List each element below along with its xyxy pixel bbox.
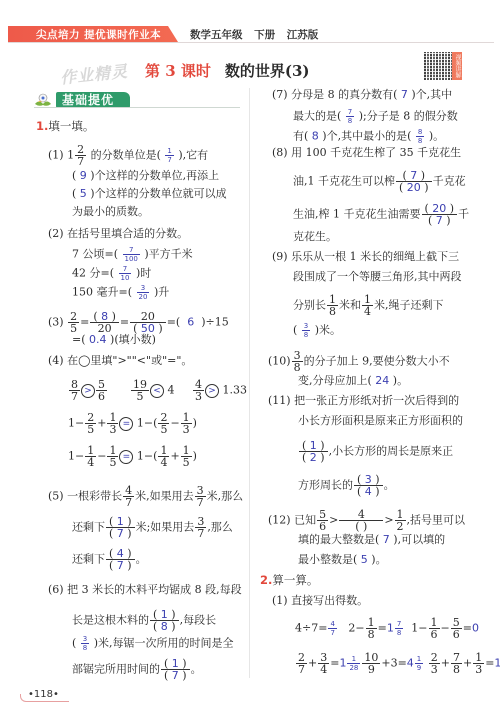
text: 米,绳子还剩下 [374, 299, 444, 312]
part-label: (1) [48, 149, 64, 162]
text: ,那么 [207, 521, 233, 534]
part-label: (2) [48, 227, 64, 240]
q1-p5-line1: (5) 一根彩带长47米,如果用去37米,那么 [48, 485, 243, 508]
section-label: 基础提优 [56, 92, 130, 108]
fraction-with-blank: 20( 50 ) [130, 311, 166, 334]
q1-p9-line3: 分别长18米和14米,绳子还剩下 [293, 294, 444, 317]
answer-fraction[interactable]: 78 [395, 620, 403, 637]
q1-p4-title: (4) 在◯里填">""<"或"="。 [48, 354, 192, 368]
part-label: (1) [272, 594, 288, 607]
text: 油,1 千克花生可以榨 [293, 175, 395, 188]
text: ,括号里可以 [407, 514, 466, 527]
answer-blank[interactable]: 0 [472, 622, 479, 635]
text: 用 100 千克花生榨了 35 千克花生 [291, 146, 461, 159]
fraction: 56 [96, 379, 107, 402]
part-label: (4) [48, 354, 64, 367]
q1-p4-row3: 1−14−15= 1−(14+15) [68, 445, 197, 468]
text: 直接写出得数。 [291, 594, 368, 607]
text: 长是这根木料的 [72, 614, 149, 627]
lesson-title: 第 3 课时数的世界(3) [145, 60, 310, 81]
q1-p12-line2: 填的最大整数是( 7 ),可以填的 [298, 533, 445, 547]
q1-p1-line3: ( 5 )个这样的分数单位就可以成 [72, 187, 227, 201]
part-label: (5) [48, 490, 64, 503]
answer-whole[interactable]: 4 [407, 657, 414, 670]
q1-p5-line3: 还剩下( 4 )( 7 )。 [72, 548, 147, 571]
q1-p7-line2: 最大的是( 78 );分子是 8 的假分数 [293, 108, 458, 125]
q2-p1-title: (1) 直接写出得数。 [272, 594, 368, 608]
fraction: 43 [193, 379, 204, 402]
answer-fraction[interactable]: 17 [165, 147, 173, 164]
text: 。 [191, 663, 202, 676]
q1-p7-line1: (7) 分母是 8 的真分数有( 7 )个,其中 [272, 88, 452, 102]
question-title: 填一填。 [48, 119, 94, 133]
text: 最大的是( [293, 110, 341, 123]
q1-p6-line3: ( 38 )米,每锯一次所用的时间是全 [72, 635, 234, 652]
page-number: •118• [28, 689, 59, 700]
answer-fraction[interactable]: ( 1 )( 8 ) [150, 609, 179, 632]
book-info: 数学五年级 下册 江苏版 [190, 27, 318, 42]
text: 变,分母应加上( [298, 374, 372, 387]
text: 。 [384, 479, 395, 492]
answer-fraction[interactable]: ( 1 )( 2 ) [299, 440, 328, 463]
answer-fraction[interactable]: ( 3 )( 4 ) [354, 474, 383, 497]
q1-p4-row2: 1−25+13= 1−(25−13) [68, 412, 197, 435]
text: )个这样的分数单位就可以成 [90, 187, 226, 200]
text: 分别长 [293, 299, 326, 312]
fraction: 87 [69, 379, 80, 402]
text: )个这样的分数单位,再添上 [90, 169, 219, 182]
part-label: (12) [268, 514, 291, 527]
text: )。 [371, 553, 386, 566]
text: ,小长方形的周长是原来正 [329, 445, 454, 458]
sprout-icon [34, 92, 52, 108]
text: 米,那么 [207, 490, 244, 503]
answer-whole[interactable]: 1 [494, 657, 500, 670]
q1-p9-line4: ( 38 )米。 [293, 322, 341, 339]
text: )个,其中 [411, 88, 452, 101]
answer-fraction[interactable]: ( 20 )( 7 ) [422, 203, 458, 226]
answer-fraction[interactable]: 710 [119, 265, 132, 282]
answer-fraction[interactable]: ( 4 )( 7 ) [106, 548, 135, 571]
compare-circle[interactable]: = [119, 417, 133, 431]
q1-p8-line2: 油,1 千克花生可以榨( 7 )( 20 )千克花 [293, 170, 466, 193]
answer-blank[interactable]: 7 [401, 88, 408, 101]
text: 把 3 米长的木料平均锯成 8 段,每段 [67, 583, 241, 596]
answer-fraction[interactable]: ( 7 )( 20 ) [396, 170, 432, 193]
header-bar: 尖点培力 提优课时作业本 数学五年级 下册 江苏版 [8, 26, 494, 43]
text: 米;如果用去 [136, 521, 195, 534]
text: 最小整数是( [298, 553, 357, 566]
question-number: 2. [260, 573, 272, 587]
q1-p4-row1-c3: 43> 1.33 [192, 379, 247, 402]
q1-p6-line4: 部锯完所用时间的( 1 )( 7 )。 [72, 658, 202, 681]
q1-p9-line1: (9) 乐乐从一根 1 米长的细绳上截下三 [272, 250, 459, 264]
answer-fraction[interactable]: 7100 [123, 246, 140, 263]
text: 一根彩带长 [67, 490, 122, 503]
text: 把一张正方形纸对折一次后得到的 [294, 394, 459, 407]
answer-blank[interactable]: 0.4 [89, 333, 107, 346]
section-underline [34, 107, 240, 108]
text: ),可以填的 [393, 533, 445, 546]
q1-p3-equation: (3) 25=( 8 )20=20( 50 )=( 6 )÷15 [48, 311, 229, 334]
part-label: (10) [268, 355, 291, 368]
text: )时 [136, 267, 151, 280]
text: 已知 [294, 514, 316, 527]
q1-p11-line2: 小长方形面积是原来正方形面积的 [298, 414, 463, 428]
q1-p1-line1: (1) 127 的分数单位是( 17 ),它有 [48, 144, 208, 167]
answer-fraction[interactable]: ( 1 )( 7 ) [161, 658, 190, 681]
q1-p9-line2: 段围成了一个等腰三角形,其中两段 [293, 270, 462, 284]
brand-title: 尖点培力 提优课时作业本 [36, 27, 161, 42]
text: )升 [154, 286, 169, 299]
qr-code-icon[interactable] [424, 52, 452, 80]
answer-blank[interactable]: 8 [312, 130, 319, 143]
answer-blank[interactable]: 9 [80, 169, 87, 182]
paren: ( [72, 169, 76, 182]
question-1-heading: 1.填一填。 [36, 119, 94, 133]
answer-blank[interactable]: 5 [80, 187, 87, 200]
fraction: 25 [68, 311, 79, 334]
q1-p3-decimal: =( 0.4 )(填小数) [72, 333, 156, 347]
text: 填的最大整数是( [298, 533, 379, 546]
part-label: (7) [272, 88, 288, 101]
answer-fraction[interactable]: 128 [347, 655, 360, 672]
text: 还剩下 [72, 553, 105, 566]
q1-p11-line4: 方形周长的( 3 )( 4 )。 [298, 474, 395, 497]
q1-p2-row3: 150 毫升=( 320 )升 [72, 284, 169, 301]
answer-blank[interactable]: 24 [375, 374, 389, 387]
text: )。 [393, 374, 408, 387]
lesson-number: 第 3 课时 [145, 62, 211, 80]
text: 7 公顷=( [72, 248, 118, 261]
q1-p12-line1: (12) 已知56>4( )>12,括号里可以 [268, 509, 465, 532]
answer-fraction[interactable]: 88 [416, 128, 424, 145]
text: 千 [458, 208, 469, 221]
q1-p6-line2: 长是这根木料的( 1 )( 8 ),每段长 [72, 609, 216, 632]
part-label: (3) [48, 316, 64, 329]
q1-p12-line3: 最小整数是( 5 )。 [298, 553, 387, 567]
fraction-with-blank: ( 8 )20 [90, 311, 119, 334]
answer-whole[interactable]: 1 [387, 622, 394, 635]
q1-p1-line4: 为最小的质数。 [72, 205, 149, 219]
text: 。 [136, 553, 147, 566]
q2-row2: 27+34=1128109+3=419 23+78+13=178 [295, 652, 500, 675]
qr-tag: 视频讲解 [452, 52, 462, 80]
answer-fraction[interactable]: 19 [415, 655, 423, 672]
column-divider [249, 88, 250, 678]
text: ),它有 [178, 149, 208, 162]
text: 150 毫升=( [72, 286, 132, 299]
part-label: (8) [272, 146, 288, 159]
q1-p10-line1: (10)38的分子加上 9,要使分数大小不 [268, 350, 450, 373]
answer-blank[interactable]: 6 [187, 316, 194, 329]
text: 生油,榨 1 千克花生油需要 [293, 208, 421, 221]
text: 42 分=( [72, 267, 114, 280]
q1-p5-line2: 还剩下( 1 )( 7 )米;如果用去37,那么 [72, 516, 233, 539]
q1-p4-row1: 87>56 [68, 379, 108, 402]
text: 在括号里填合适的分数。 [67, 227, 188, 240]
answer-fraction[interactable]: 320 [137, 284, 150, 301]
text: (填小数) [114, 333, 156, 346]
part-label: (11) [268, 394, 291, 407]
q1-p2-row1: 7 公顷=( 7100 )平方千米 [72, 246, 193, 263]
text: 米,如果用去 [135, 490, 194, 503]
q1-p8-line3: 生油,榨 1 千克花生油需要( 20 )( 7 )千 [293, 203, 469, 226]
question-title: 算一算。 [272, 573, 318, 587]
text: 的分数单位是( [91, 149, 161, 162]
q1-p2-title: (2) 在括号里填合适的分数。 [48, 227, 188, 241]
watermark: 作业精灵 [59, 59, 129, 89]
text: 分母是 8 的真分数有( [291, 88, 397, 101]
text: 米和 [339, 299, 361, 312]
text: );分子是 8 的假分数 [359, 110, 458, 123]
paren: ( [72, 187, 76, 200]
mixed-whole: 1 [67, 149, 74, 162]
text: 还剩下 [72, 521, 105, 534]
q1-p8-line4: 克花生。 [293, 230, 337, 244]
answer-fraction[interactable]: 38 [81, 635, 89, 652]
text: 的分子加上 9,要使分数大小不 [304, 355, 450, 368]
answer-fraction[interactable]: ( 1 )( 7 ) [106, 516, 135, 539]
text: 在◯里填">""<"或"="。 [67, 354, 192, 367]
q1-p2-row2: 42 分=( 710 )时 [72, 265, 151, 282]
answer-fraction[interactable]: 78 [346, 108, 354, 125]
text: 千克花 [433, 175, 466, 188]
q1-p11-line1: (11) 把一张正方形纸对折一次后得到的 [268, 394, 459, 408]
compare-circle[interactable]: > [205, 384, 219, 398]
text: ,每段长 [180, 614, 217, 627]
q1-p4-row1-c2: 195< 4 [130, 379, 175, 402]
question-2-heading: 2.算一算。 [260, 573, 318, 587]
q1-p8-line1: (8) 用 100 千克花生榨了 35 千克花生 [272, 146, 461, 160]
q1-p10-line2: 变,分母应加上( 24 )。 [298, 374, 408, 388]
question-number: 1. [36, 119, 48, 133]
compare-circle[interactable]: < [150, 384, 164, 398]
text: 方形周长的 [298, 479, 353, 492]
part-label: (6) [48, 583, 64, 596]
text: )平方千米 [144, 248, 192, 261]
q1-p1-line2: ( 9 )个这样的分数单位,再添上 [72, 169, 219, 183]
answer-fraction[interactable]: 38 [302, 322, 310, 339]
fraction: 195 [131, 379, 149, 402]
text: )米。 [315, 324, 341, 337]
answer-blank[interactable]: 5 [361, 553, 368, 566]
compare-circle[interactable]: > [81, 384, 95, 398]
q1-p11-line3: ( 1 )( 2 ),小长方形的周长是原来正 [298, 440, 453, 463]
fraction: 27 [75, 144, 86, 167]
lesson-name: 数的世界(3) [225, 62, 310, 80]
text: ÷15 [206, 316, 229, 329]
compare-circle[interactable]: = [119, 450, 133, 464]
text: )个,其中最小的是( [322, 130, 411, 143]
text: )米,每锯一次所用的时间是全 [94, 637, 234, 650]
text: 有( [293, 130, 308, 143]
part-label: (9) [272, 250, 288, 263]
answer-whole[interactable]: 1 [339, 657, 346, 670]
q2-row1: 4÷7=47 2−18=178 1−16−56=0 [295, 617, 479, 640]
text: )。 [429, 130, 444, 143]
section-badge: 基础提优 [34, 92, 130, 108]
text: 部锯完所用时间的 [72, 663, 160, 676]
answer-fraction[interactable]: 47 [328, 620, 336, 637]
q1-p6-line1: (6) 把 3 米长的木料平均锯成 8 段,每段 [48, 583, 242, 597]
q1-p7-line3: 有( 8 )个,其中最小的是( 88 )。 [293, 128, 444, 145]
answer-blank[interactable]: 7 [383, 533, 390, 546]
text: 4 [168, 384, 175, 397]
text: 1.33 [223, 384, 248, 397]
text: 乐乐从一根 1 米长的细绳上截下三 [291, 250, 459, 263]
